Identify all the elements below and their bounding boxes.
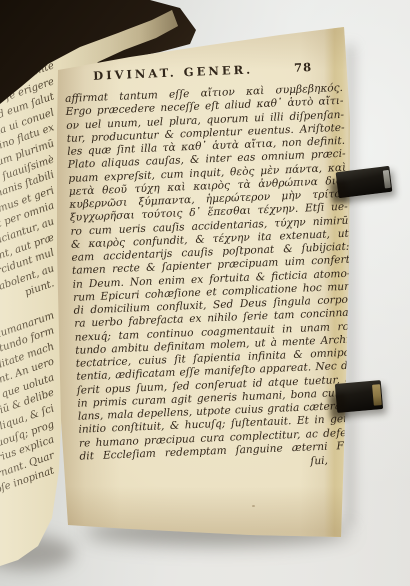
left-page-text-line: os gubernant. Quar: [0, 448, 57, 531]
left-page-text-line: us humanis ſtabili: [0, 168, 57, 251]
lower-clasp-brass-tip: [372, 384, 382, 405]
left-page-text-line: er conficiantur, au: [0, 214, 57, 297]
left-page-text-line: ut rotundo form: [0, 324, 57, 407]
left-page-text-line: mat, ipſe inopinat: [0, 464, 57, 547]
lower-clasp-strap: [335, 380, 383, 413]
left-page-text-line: nt & ad eum ſalut: [0, 90, 57, 173]
left-page-text-line: rpentino flatu ex: [0, 121, 57, 204]
left-page-text-line: me, cum plurimū: [0, 136, 57, 219]
text-block: affirmat tantum eſſe αἴτιον καὶ συμβεβηκ…: [65, 82, 358, 464]
left-page-text-line: uolubilitate mach: [0, 339, 57, 422]
left-page-text-line: beat ſuauiſsimè: [0, 152, 57, 235]
upper-clasp-strap: [336, 166, 393, 198]
left-page-text-line: er ea, que uoluta: [0, 370, 57, 453]
left-page-text-line: intercidunt mul: [0, 246, 57, 329]
page-number: 78: [294, 60, 313, 75]
left-page-text-line: conſiliū & delibe: [0, 386, 57, 469]
upper-clasp-metal-tip: [383, 170, 391, 189]
left-page-text-line: dent per omnia: [0, 199, 57, 282]
left-page-text-line: continent, aut præ: [0, 230, 57, 313]
photo-scene: ENT. DE is de perditis contena rurſus ſe…: [0, 0, 410, 586]
left-page-text-line: is, & quouſq; prog: [0, 417, 57, 500]
left-page-text-line: piunt.: [0, 277, 57, 360]
left-page-text-line: ſuſcipimus et geri: [0, 183, 57, 266]
left-page-text-line: finxerint. An uero: [0, 355, 57, 438]
foxing-speck: [300, 152, 303, 154]
foxing-speck: [252, 505, 255, 507]
running-header: DIVINAT. GENER. 78: [64, 59, 342, 86]
left-page-text-line: atio aliqua, & ſci: [0, 401, 57, 484]
left-page-text-line: ubi prius explica: [0, 433, 57, 516]
running-header-title: DIVINAT. GENER.: [93, 62, 253, 82]
left-page-text-column: is de perditis contena rurſus ſe erigere…: [0, 58, 54, 479]
left-page-text-line: utant, abolent, au: [0, 261, 57, 344]
left-page-text-line: [0, 292, 57, 375]
left-page-text-line: ut nulla ui conuel: [0, 105, 57, 188]
foxing-speck: [118, 305, 120, 307]
left-page-text-line: erum humanarum: [0, 308, 57, 391]
page-content: DIVINAT. GENER. 78 affirmat tantum eſſe …: [64, 59, 358, 477]
